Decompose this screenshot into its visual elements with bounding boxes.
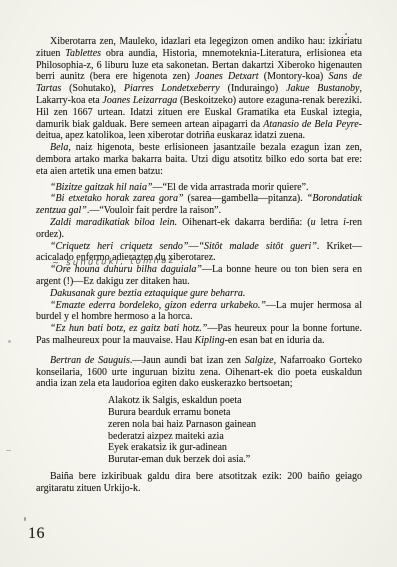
verse-line: bederatzi aizpez maiteki azia [108,431,362,443]
ink-speck [345,33,347,35]
verse-block: Alakotz ik Salgis, eskaldun poeta Burura… [108,395,362,466]
verse-line: zeren nola bai haiz Parnason gainean [108,419,362,431]
ink-speck [8,340,11,343]
verse-line: Burura bearduk erramu boneta [108,407,362,419]
proverb-criquetz: ~ suhütüki, tomhaz .“Criquetz heri criqu… [36,241,362,265]
verse-line: Alakotz ik Salgis, eskaldun poeta [108,395,362,407]
text-block: Xiberotarra zen, Mauleko, idazlari eta l… [36,36,362,494]
paragraph-closing: Baiña bere izkiribuak galdu dira bere at… [36,471,362,495]
page-number: 16 [28,525,45,543]
proverb-bizitze: “Bizitze gaitzak hil naia”—“El de vida a… [36,182,362,194]
ink-speck [24,517,26,521]
proverb-zaldi: Zaldi maradikatiak biloa lein. Oihenart-… [36,217,362,241]
paragraph-bertran: Bertran de Sauguis.—Jaun aundi bat izan … [36,355,362,390]
verse-line: Eyek erakatsiz ik gur-adinean [108,442,362,454]
proverb-bi-etxetako: “Bi etxetako horak zarea gora” (sarea—ga… [36,193,362,217]
verse-line: Burutar-eman duk berzek doi asia.” [108,454,362,466]
scanned-book-page: Xiberotarra zen, Mauleko, idazlari eta l… [0,0,397,567]
paragraph-intro: Xiberotarra zen, Mauleko, idazlari eta l… [36,36,362,142]
proverb-dakusanak: Dakusanak gure beztia eztaquique gure be… [36,288,362,300]
paragraph-bela: Bela, naiz higenota, beste erlisioneen j… [36,142,362,177]
proverb-emazte: “Emazte ederra bordeleko, gizon ederra u… [36,300,362,324]
proverb-ez-hun: “Ez hun bati botz, ez gaitz bati hotz.”—… [36,323,362,347]
ink-speck [6,450,11,451]
